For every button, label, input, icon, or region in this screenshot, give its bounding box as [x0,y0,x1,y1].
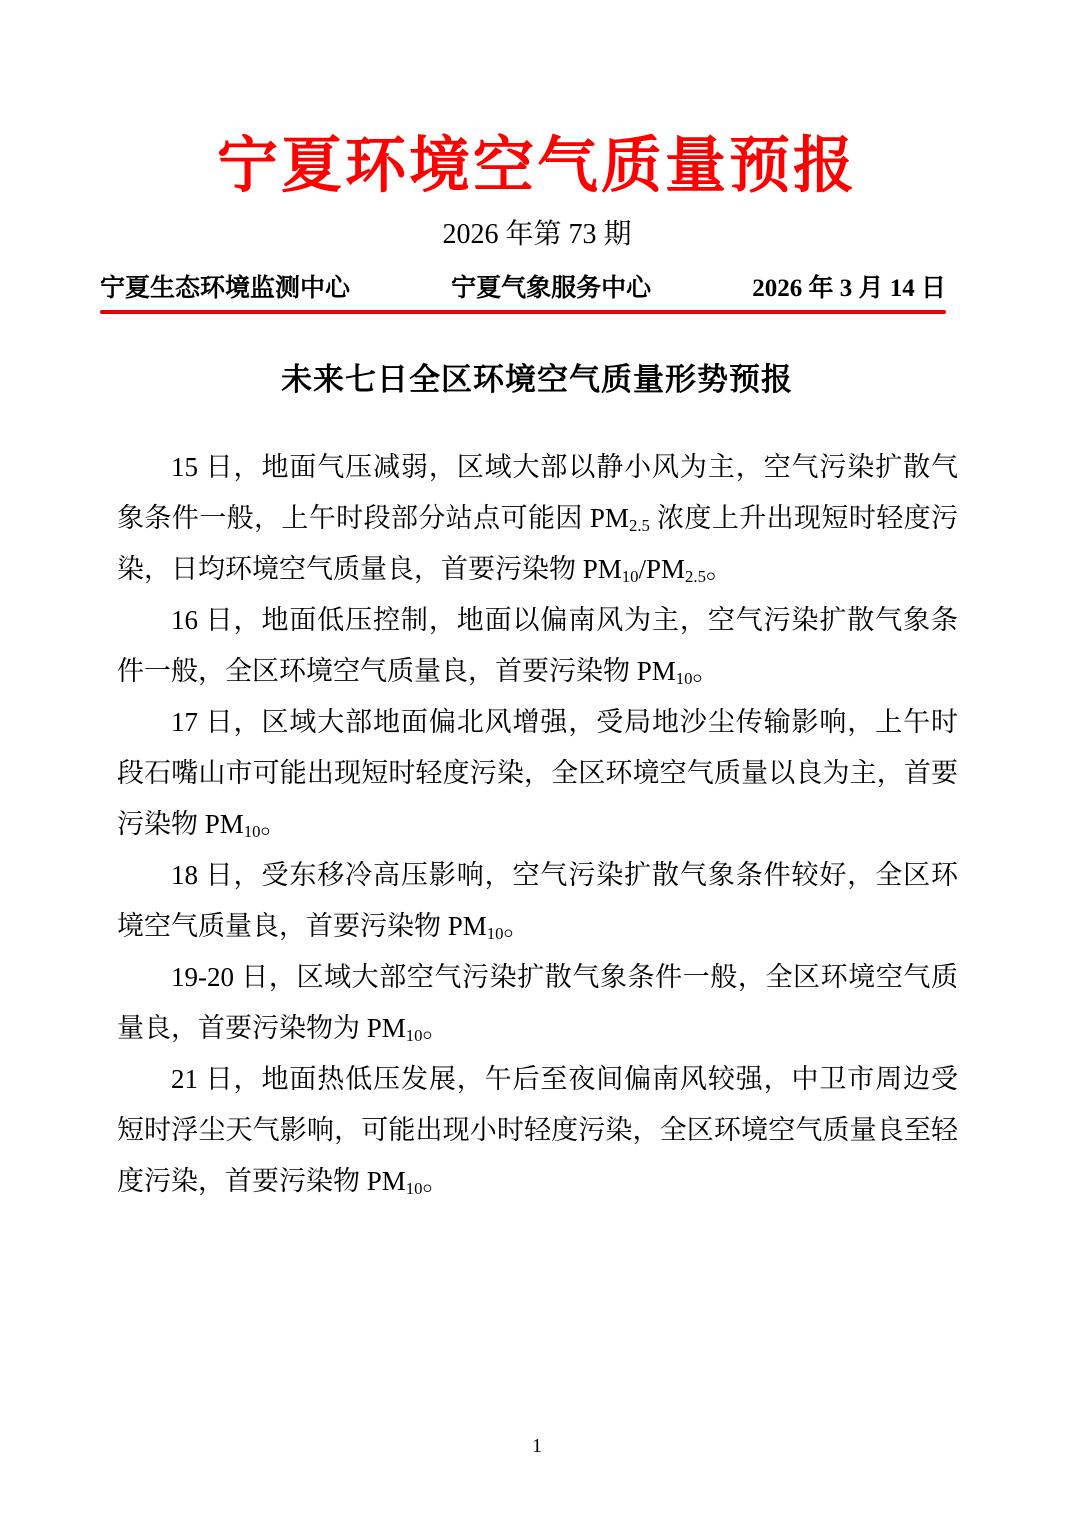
pollutant-subscript: 10 [406,1026,423,1045]
publish-date: 2026 年 3 月 14 日 [752,274,946,304]
paragraph-text: 19-20 日，区域大部空气污染扩散气象条件一般，全区环境空气质量良，首要污染物… [117,962,958,1043]
issue-number: 2026 年第 73 期 [0,218,1074,252]
forecast-paragraph: 16 日，地面低压控制，地面以偏南风为主，空气污染扩散气象条件一般，全区环境空气… [117,595,958,697]
forecast-paragraph: 17 日，区域大部地面偏北风增强，受局地沙尘传输影响，上午时段石嘴山市可能出现短… [117,697,958,850]
paragraph-text: 。 [693,656,720,686]
publisher-row: 宁夏生态环境监测中心 宁夏气象服务中心 2026 年 3 月 14 日 [100,274,946,304]
paragraph-text: 16 日，地面低压控制，地面以偏南风为主，空气污染扩散气象条件一般，全区环境空气… [117,605,958,686]
forecast-paragraph: 19-20 日，区域大部空气污染扩散气象条件一般，全区环境空气质量良，首要污染物… [117,952,958,1054]
paragraph-text: 18 日，受东移冷高压影响，空气污染扩散气象条件较好，全区环境空气质量良，首要污… [117,860,958,941]
paragraph-text: 。 [423,1013,450,1043]
paragraph-text: 。 [504,911,531,941]
pollutant-subscript: 10 [676,669,693,688]
paragraph-text: 。 [261,809,288,839]
paragraph-text: 。 [423,1166,450,1196]
section-title: 未来七日全区环境空气质量形势预报 [0,360,1074,400]
pollutant-subscript: 10 [244,822,261,841]
masthead-block: 宁夏生态环境监测中心 宁夏气象服务中心 2026 年 3 月 14 日 [100,274,946,314]
forecast-paragraph: 21 日，地面热低压发展，午后至夜间偏南风较强，中卫市周边受短时浮尘天气影响，可… [117,1054,958,1207]
pollutant-subscript: 10 [406,1179,423,1198]
page-number: 1 [0,1435,1074,1458]
pollutant-subscript: 10 [622,567,639,586]
pollutant-subscript: 2.5 [629,516,650,535]
pollutant-subscript: 2.5 [685,567,706,586]
paragraph-text: 17 日，区域大部地面偏北风增强，受局地沙尘传输影响，上午时段石嘴山市可能出现短… [117,707,958,839]
publisher-weather-service-center: 宁夏气象服务中心 [451,274,651,304]
forecast-paragraph: 15 日，地面气压减弱，区域大部以静小风为主，空气污染扩散气象条件一般，上午时段… [117,442,958,595]
masthead-rule [100,310,946,314]
forecast-paragraphs: 15 日，地面气压减弱，区域大部以静小风为主，空气污染扩散气象条件一般，上午时段… [117,442,958,1207]
pollutant-subscript: 10 [487,924,504,943]
paragraph-text: 21 日，地面热低压发展，午后至夜间偏南风较强，中卫市周边受短时浮尘天气影响，可… [117,1064,958,1196]
document-title: 宁夏环境空气质量预报 [0,126,1074,208]
paragraph-text: 。 [706,554,733,584]
publisher-monitoring-center: 宁夏生态环境监测中心 [100,274,350,304]
document-page: 宁夏环境空气质量预报 2026 年第 73 期 宁夏生态环境监测中心 宁夏气象服… [0,0,1074,1520]
paragraph-text: /PM [639,554,686,584]
forecast-paragraph: 18 日，受东移冷高压影响，空气污染扩散气象条件较好，全区环境空气质量良，首要污… [117,850,958,952]
